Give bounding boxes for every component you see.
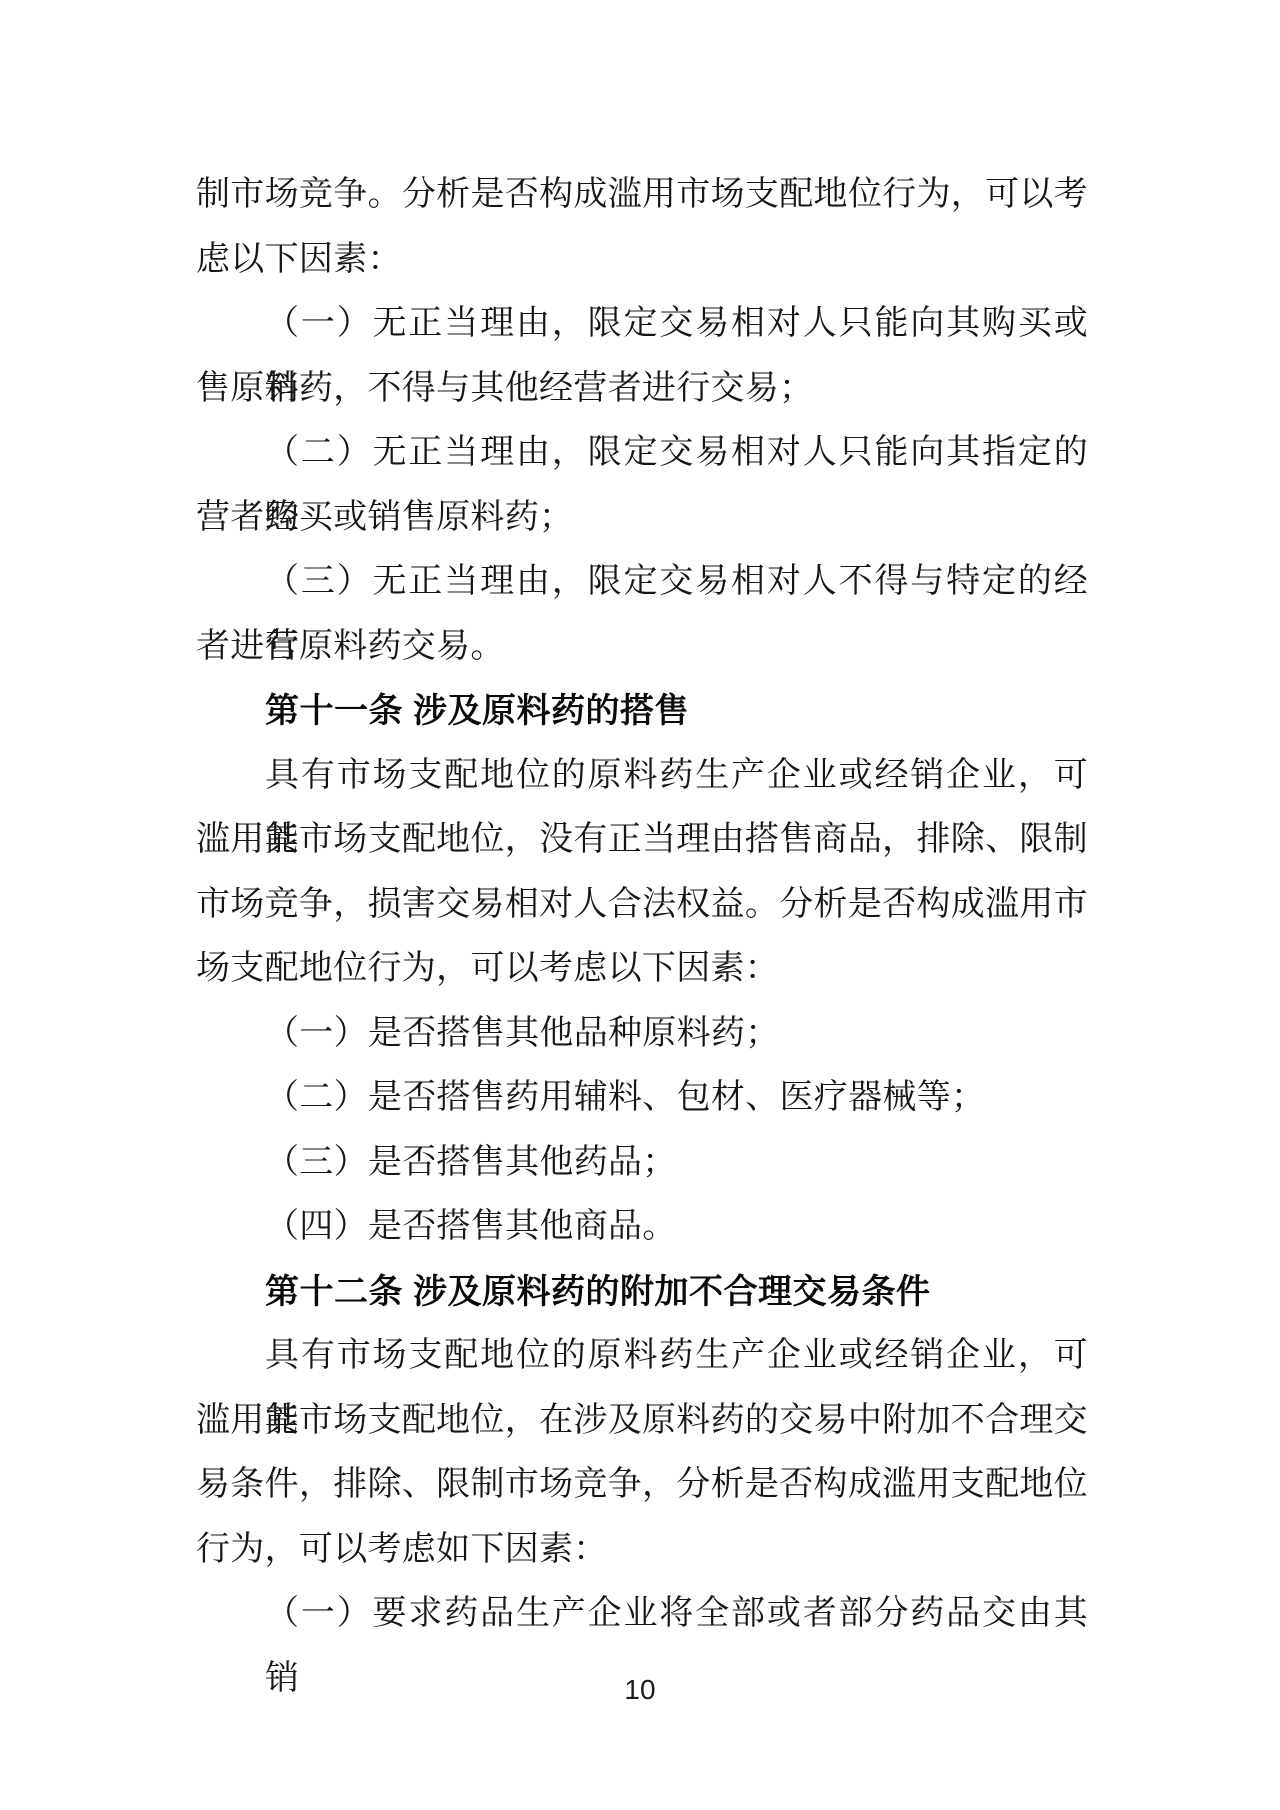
text-line: 行为，可以考虑如下因素：	[196, 1518, 1088, 1583]
article-heading: 第十二条 涉及原料药的附加不合理交易条件	[196, 1260, 1088, 1325]
text-line: 具有市场支配地位的原料药生产企业或经销企业，可能	[196, 744, 1088, 809]
article-heading: 第十一条 涉及原料药的搭售	[196, 679, 1088, 744]
text-line: （三）无正当理由，限定交易相对人不得与特定的经营	[196, 550, 1088, 615]
text-line: 者进行原料药交易。	[196, 615, 1088, 680]
text-line: 具有市场支配地位的原料药生产企业或经销企业，可能	[196, 1324, 1088, 1389]
text-line: （四）是否搭售其他商品。	[196, 1195, 1088, 1260]
text-line: （一）是否搭售其他品种原料药；	[196, 1002, 1088, 1067]
document-page: 制市场竞争。分析是否构成滥用市场支配地位行为，可以考虑以下因素：（一）无正当理由…	[0, 0, 1280, 1810]
text-line: （一）无正当理由，限定交易相对人只能向其购买或销	[196, 292, 1088, 357]
text-line: 售原料药，不得与其他经营者进行交易；	[196, 357, 1088, 422]
text-line: 场支配地位行为，可以考虑以下因素：	[196, 937, 1088, 1002]
text-line: （二）无正当理由，限定交易相对人只能向其指定的经	[196, 421, 1088, 486]
page-number: 10	[0, 1674, 1280, 1706]
text-line: 滥用其市场支配地位，没有正当理由搭售商品，排除、限制	[196, 808, 1088, 873]
text-line: 易条件，排除、限制市场竞争，分析是否构成滥用支配地位	[196, 1453, 1088, 1518]
text-line: 营者购买或销售原料药；	[196, 486, 1088, 551]
document-body: 制市场竞争。分析是否构成滥用市场支配地位行为，可以考虑以下因素：（一）无正当理由…	[196, 163, 1088, 1647]
text-line: 制市场竞争。分析是否构成滥用市场支配地位行为，可以考	[196, 163, 1088, 228]
text-line: （三）是否搭售其他药品；	[196, 1131, 1088, 1196]
text-line: 虑以下因素：	[196, 228, 1088, 293]
text-line: 滥用其市场支配地位，在涉及原料药的交易中附加不合理交	[196, 1389, 1088, 1454]
text-line: （一）要求药品生产企业将全部或者部分药品交由其销	[196, 1582, 1088, 1647]
text-line: 市场竞争，损害交易相对人合法权益。分析是否构成滥用市	[196, 873, 1088, 938]
text-line: （二）是否搭售药用辅料、包材、医疗器械等；	[196, 1066, 1088, 1131]
